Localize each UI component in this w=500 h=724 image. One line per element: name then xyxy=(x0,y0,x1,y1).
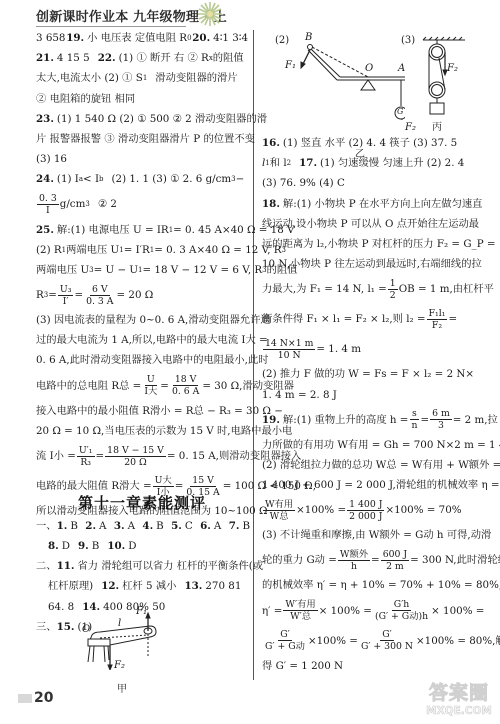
numerator: 14 N×1 m xyxy=(263,338,315,350)
fraction: U₃I′ xyxy=(58,284,74,307)
answer-line: 太大,电流太小 (2) ① S1 滑动变阻器的滑片 xyxy=(36,68,248,88)
numerator: G′ xyxy=(278,629,292,641)
pulley-diagram xyxy=(405,30,480,140)
answer-text: (3) 76. 9% (4) C xyxy=(262,173,345,193)
fraction: 18 V − 15 V20 Ω xyxy=(105,445,166,468)
question-number: 12. xyxy=(101,576,119,597)
numerator: U₃ xyxy=(58,284,74,296)
answer-line: (3) 不计绳重和摩擦,由 W额外 = G动 h 可得,动滑 xyxy=(262,525,472,545)
question-number: 13. xyxy=(184,576,202,597)
header-underline xyxy=(36,26,186,27)
answer-text: 解:(1) 电源电压 U = IR xyxy=(57,220,169,240)
question-number: 24. xyxy=(36,169,54,189)
answer-line: 片 报警器报警 ③ 滑动变阻器滑片 P 的位置不变 xyxy=(36,129,248,149)
answer-text: (2) 滑轮组拉力做的总功 W总 = W有用 + W额外 = xyxy=(262,455,500,475)
fraction: G′h(G′ + G动)h xyxy=(373,599,430,622)
answer-line: R3 = U₃I′= 6 V0. 3 A = 20 Ω xyxy=(36,280,248,310)
numerator: W额外 xyxy=(338,549,370,561)
answer-choice: C xyxy=(185,516,193,537)
numerator: F₁l₁ xyxy=(427,308,448,320)
denominator: F₂ xyxy=(430,320,444,331)
numerator: 600 J xyxy=(381,549,409,561)
answer-text: = 20 Ω xyxy=(117,285,154,305)
section-label: 三、 xyxy=(36,617,57,638)
answer-text: ×100% = 70% xyxy=(385,500,461,520)
answer-line: 线运动,设小物块 P 可以从 O 点开始往左运动最 xyxy=(262,214,472,234)
answer-text: 和 l xyxy=(270,153,287,173)
answer-text: 轮的重力 G动 = xyxy=(262,550,337,570)
question-number: 22. xyxy=(98,48,116,68)
answer-text: = xyxy=(371,550,380,570)
answer-line: 19. 解:(1) 重物上升的高度 h = sn= 6 m3 = 2 m,拉 xyxy=(262,405,472,435)
answer-text: η′ = xyxy=(262,601,282,621)
denominator: I xyxy=(44,205,52,216)
denominator: n xyxy=(409,420,419,431)
answer-text: 小 电压表 定值电阻 R xyxy=(87,28,187,48)
answer-text: (2) R xyxy=(36,240,62,260)
answer-line: 0. 6 A,此时滑动变阻器接入电路中的电阻最小,此时 xyxy=(36,350,248,370)
answer-text: 流 I小 = xyxy=(36,446,76,466)
answer-text: OB = 1 m,由杠杆平 xyxy=(399,279,494,299)
answer-text: ② 电阻箱的旋钮 相同 xyxy=(36,89,135,109)
page-header: 创新课时作业本 九年级物理 · 上 xyxy=(36,6,256,28)
answer-text: − xyxy=(236,169,245,189)
section-two-line: 杠杆原理) 12. 杠杆 5 减小 13. 270 81 xyxy=(36,577,250,597)
numerator: 1 xyxy=(388,278,398,290)
answer-line: 20 Ω = 10 Ω,当电压表的示数为 15 V 时,电路中最小电 xyxy=(36,421,248,441)
answer-text: ×100% = xyxy=(308,631,358,651)
answer-choice: B xyxy=(242,516,250,537)
answer-text: 力最大,为 F₁ = 14 N, l₁ = xyxy=(262,279,387,299)
answer-text: 10 N,小物块 P 往左运动到最远时,右端细线的拉 xyxy=(262,254,482,274)
fraction: U′₁R₃ xyxy=(77,445,95,468)
numerator: U xyxy=(145,374,157,386)
label-f2: F₂ xyxy=(114,660,125,671)
question-number: 8. xyxy=(48,536,59,557)
answer-line: 21. 4 15 5 22. (1) ① 断开 右 ② Rx 的阻值 xyxy=(36,48,248,68)
right-column: 16. (1) 竖直 水平 (2) 4. 4 筷子 (3) 37. 5 l1 和… xyxy=(262,133,472,676)
numerator: W′有用 xyxy=(283,599,317,611)
answer-text: = xyxy=(48,285,57,305)
fraction: W额外h xyxy=(338,549,370,572)
answer-choice: A xyxy=(99,516,106,537)
answer-text: 太大,电流太小 (2) ① S xyxy=(36,68,143,88)
question-number: 23. xyxy=(36,109,54,129)
answer-line: ② 电阻箱的旋钮 相同 xyxy=(36,89,248,109)
label-f2: F₂ xyxy=(447,63,458,74)
question-number: 4. xyxy=(142,516,153,537)
denominator: R₃ xyxy=(78,457,93,468)
question-number: 18. xyxy=(262,194,280,214)
part-label: (2) xyxy=(275,35,289,46)
watermark-url: MXQE.COM xyxy=(418,705,500,717)
fraction: F₁l₁F₂ xyxy=(427,308,448,331)
answer-choice: A xyxy=(128,516,135,537)
section-two-line: 二、 11. 省力 滑轮组可以省力 杠杆的平衡条件(或 xyxy=(36,556,250,576)
numerator: s xyxy=(410,408,419,420)
answer-line: 10 N,小物块 P 往左运动到最远时,右端细线的拉 xyxy=(262,254,472,274)
answer-text: 64. 8 xyxy=(48,597,74,618)
answer-line: 力所做的有用功 W有用 = Gh = 700 N×2 m = 1 400 J xyxy=(262,435,472,455)
answer-text: 两端电压 U xyxy=(36,260,89,280)
answer-text: 过的最大电流为 1 A,所以,电路中的最大电流 I大 = xyxy=(36,330,268,350)
answer-line: (3) 因电流表的量程为 0~0. 6 A,滑动变阻器允许通 xyxy=(36,310,248,330)
answer-line: l1 和 l2 17. (1) 匀速缓慢 匀速上升 (2) 2. 4 xyxy=(262,153,472,173)
denominator: 3 xyxy=(436,420,446,431)
answer-text: = xyxy=(448,309,457,329)
answer-text: 的机械效率 η′ = η + 10% = 70% + 10% = 80%,则 xyxy=(262,575,500,595)
denominator: 0. 3 A xyxy=(84,296,115,307)
answer-text: 3 658 xyxy=(36,28,65,48)
label-f1: F₁ xyxy=(285,60,296,71)
denominator: 2 m xyxy=(384,561,406,572)
answer-text: (3) 16 xyxy=(36,149,67,169)
numerator: U大 xyxy=(153,475,174,487)
answer-line: 1 400 J + 600 J = 2 000 J,滑轮组的机械效率 η = xyxy=(262,475,472,495)
fraction: 14 N×1 m10 N xyxy=(263,338,315,361)
answer-choice: D xyxy=(128,536,136,557)
workbook-page: 创新课时作业本 九年级物理 · 上 3 658 19. 小 电压表 定值电阻 R… xyxy=(0,0,500,724)
section-one-line: 8.D 9.B 10.D xyxy=(36,536,250,556)
numerator: 0. 3 xyxy=(37,193,59,205)
answer-text: = 2 m,拉 xyxy=(453,410,498,430)
fraction: 600 J2 m xyxy=(381,549,409,572)
answer-line: 流 I小 = U′₁R₃= 18 V − 15 V20 Ω = 0. 15 A,… xyxy=(36,441,248,471)
answer-line: 电路中的总电阻 R总 = UI大= 18 V0. 6 A = 30 Ω,滑动变阻… xyxy=(36,371,248,401)
answer-line: (3) 16 xyxy=(36,149,248,169)
answer-line: 23. (1) 1 540 Ω (2) ① 500 ② 2 滑动变阻器的滑 xyxy=(36,109,248,129)
answer-line: 接入电路中的最小阻值 R滑小 = R总 − R₃ = 30 Ω − xyxy=(36,401,248,421)
denominator: (G′ + G动)h xyxy=(373,611,430,622)
answer-text: 0. 6 A,此时滑动变阻器接入电路中的电阻最小,此时 xyxy=(36,350,269,370)
question-number: 6. xyxy=(200,516,211,537)
answer-text: g/cm xyxy=(60,194,86,214)
numerator: 18 V xyxy=(173,374,199,386)
question-number: 3. xyxy=(114,516,125,537)
watermark-title: 答案圈 xyxy=(418,678,500,705)
question-number: 10. xyxy=(107,536,125,557)
lever-diagram xyxy=(80,610,170,670)
answer-text: 4∶1 3∶4 xyxy=(213,28,248,48)
answer-line: (2) 推力 F 做的功 W = Fs = F × l₂ = 2 N× xyxy=(262,364,472,384)
numerator: 18 V − 15 V xyxy=(105,445,166,457)
answer-text: (2) 推力 F 做的功 W = Fs = F × l₂ = 2 N× xyxy=(262,364,474,384)
label-g: G xyxy=(397,107,403,116)
answer-text: 滑动变阻器的滑片 xyxy=(155,68,237,88)
answer-text: 省力 滑轮组可以省力 杠杆的平衡条件(或 xyxy=(78,556,264,577)
answer-line: 3 658 19. 小 电压表 定值电阻 R0 20. 4∶1 3∶4 xyxy=(36,28,248,48)
numerator: 1 400 J xyxy=(347,499,384,511)
answer-text: 接入电路中的最小阻值 R滑小 = R总 − R₃ = 30 Ω − xyxy=(36,401,283,421)
answer-text: × 100% = xyxy=(319,601,372,621)
question-number: 19. xyxy=(262,410,280,430)
answer-line: 18. 解:(1) 小物块 P 在水平方向上向左做匀速直 xyxy=(262,194,472,214)
denominator: 2 xyxy=(388,290,398,301)
denominator: I′ xyxy=(61,296,71,307)
answer-text: ×100% = xyxy=(296,500,346,520)
figure-yi-lever: (2) B F₁ O A G F₂ 乙 xyxy=(265,30,405,130)
label-b: B xyxy=(305,32,312,43)
answer-line: 16. (1) 竖直 水平 (2) 4. 4 筷子 (3) 37. 5 xyxy=(262,133,472,153)
answer-text: 解:(1) 小物块 P 在水平方向上向左做匀速直 xyxy=(283,194,483,214)
fraction: 6 V0. 3 A xyxy=(84,284,115,307)
fraction: W有用W总 xyxy=(263,499,295,522)
answer-text: = 1. 4 m xyxy=(316,339,361,359)
answer-line: 得 G′ = 1 200 N xyxy=(262,656,472,676)
section-label: 二、 xyxy=(36,556,57,577)
numerator: W有用 xyxy=(263,499,295,511)
question-number: 20. xyxy=(192,28,210,48)
figure-caption: 甲 xyxy=(117,680,127,695)
answer-text: 两端电压 U xyxy=(66,240,119,260)
page-number: 20 xyxy=(18,690,53,706)
fraction: UI大 xyxy=(142,374,159,397)
answer-line: (2) R1 两端电压 U1 = I′R1 = 0. 3 A×40 Ω = 12… xyxy=(36,240,248,260)
fraction: W′有用W′总 xyxy=(283,599,317,622)
answer-text: = 18 V − 12 V = 6 V, R xyxy=(143,260,263,280)
answer-choice: D xyxy=(62,536,70,557)
answer-text: = 300 N,此时滑轮组 xyxy=(410,550,500,570)
answer-text: ×100% = 80%,解 xyxy=(416,631,500,651)
denominator: 10 N xyxy=(276,350,303,361)
answer-line: (2) 滑轮组拉力做的总功 W总 = W有用 + W额外 = xyxy=(262,455,472,475)
denominator: 20 Ω xyxy=(122,457,149,468)
answer-text: × 100% = xyxy=(431,601,484,621)
figure-jia-lever: O l F₁ F₂ 甲 xyxy=(80,610,170,685)
answer-text: = I′R xyxy=(124,240,150,260)
fraction: G′G′ + G动 xyxy=(263,629,307,652)
denominator: G′ + 300 N xyxy=(359,641,415,652)
answer-line: 远的距离为 l₂,小物块 P 对杠杆的压力 F₂ = G_P = xyxy=(262,234,472,254)
section-one-line: 一、 1.B 2.A 3.A 4.B 5.C 6.A 7.B xyxy=(36,516,250,536)
answer-line: 力最大,为 F₁ = 14 N, l₁ = 12 OB = 1 m,由杠杆平 xyxy=(262,274,472,304)
denominator: G′ + G动 xyxy=(263,641,307,652)
question-number: 9. xyxy=(78,536,89,557)
answer-text: ② 2 xyxy=(98,194,117,214)
label-l: l xyxy=(118,618,121,629)
left-column: 3 658 19. 小 电压表 定值电阻 R0 20. 4∶1 3∶4 21. … xyxy=(36,28,248,521)
question-number: 19. xyxy=(66,28,84,48)
fraction: G′G′ + 300 N xyxy=(359,629,415,652)
answer-line: 过的最大电流为 1 A,所以,电路中的最大电流 I大 = xyxy=(36,330,248,350)
answer-text: 解:(1) 重物上升的高度 h = xyxy=(283,410,409,430)
answer-choice: A xyxy=(214,516,221,537)
fraction: sn xyxy=(409,408,419,431)
denominator: W′总 xyxy=(288,611,313,622)
answer-text: 270 81 xyxy=(205,576,241,597)
figure-bing-pulley: (3) F₂ 丙 xyxy=(405,30,480,130)
question-number: 16. xyxy=(262,133,280,153)
answer-text: 杠杆 5 减小 xyxy=(122,576,176,597)
answer-text: R xyxy=(36,285,44,305)
numerator: 6 V xyxy=(90,284,110,296)
question-number: 17. xyxy=(299,153,317,173)
answer-text: 衡条件得 F₁ × l₁ = F₂ × l₂,则 l₂ = xyxy=(262,309,426,329)
fraction: 1 400 J2 000 J xyxy=(347,499,384,522)
label-o: O xyxy=(365,63,373,74)
star-burst-icon xyxy=(196,0,224,28)
answer-text: < I xyxy=(83,169,99,189)
answer-line: G′G′ + G动 ×100% = G′G′ + 300 N ×100% = 8… xyxy=(262,626,472,656)
answer-text: (1) 1 540 Ω (2) ① 500 ② 2 滑动变阻器的滑 xyxy=(57,109,267,129)
numerator: 15 V xyxy=(190,475,216,487)
answer-line: (3) 76. 9% (4) C xyxy=(262,173,472,193)
question-number: 1. xyxy=(57,516,68,537)
question-number: 21. xyxy=(36,48,54,68)
figure-caption: 丙 xyxy=(432,118,442,133)
question-number: 5. xyxy=(171,516,182,537)
numerator: U′₁ xyxy=(77,445,95,457)
answer-text: 杠杆原理) xyxy=(48,576,93,597)
answer-text: 20 Ω = 10 Ω,当电压表的示数为 15 V 时,电路中最小电 xyxy=(36,421,292,441)
denominator: I大 xyxy=(142,386,159,397)
answer-text: (1) ① 断开 右 ② R xyxy=(119,48,209,68)
answer-text: (1) 匀速缓慢 匀速上升 (2) 2. 4 xyxy=(320,153,464,173)
answer-text: = U − U xyxy=(94,260,138,280)
answer-text: 4 15 5 xyxy=(57,48,90,68)
answer-text: (1) 竖直 水平 (2) 4. 4 筷子 (3) 37. 5 xyxy=(283,133,457,153)
numerator: 6 m xyxy=(430,408,452,420)
answer-text: (1) I xyxy=(57,169,79,189)
answer-text: 1 400 J + 600 J = 2 000 J,滑轮组的机械效率 η = xyxy=(262,475,500,495)
question-number: 11. xyxy=(57,556,75,577)
fraction: 6 m3 xyxy=(430,408,452,431)
answer-text: 力所做的有用功 W有用 = Gh = 700 N×2 m = 1 400 J xyxy=(262,435,500,455)
fraction: 0. 3 I xyxy=(37,193,59,216)
fraction: 18 V0. 6 A xyxy=(170,374,201,397)
answer-line: 14 N×1 m10 N = 1. 4 m xyxy=(262,334,472,364)
label-o: O xyxy=(82,624,90,635)
answer-choice: B xyxy=(70,516,78,537)
page-number-text: 20 xyxy=(34,690,53,706)
answer-text: 的阻值 xyxy=(213,48,244,68)
answer-line: W有用W总 ×100% = 1 400 J2 000 J ×100% = 70% xyxy=(262,495,472,525)
section-label: 一、 xyxy=(36,516,57,537)
answer-text: (3) 因电流表的量程为 0~0. 6 A,滑动变阻器允许通 xyxy=(36,310,271,330)
answer-text: 1. 4 m = 2. 8 J xyxy=(262,385,337,405)
chapter-title: 第十一章素能测评 xyxy=(36,492,248,513)
question-number: 7. xyxy=(229,516,240,537)
answer-text: 远的距离为 l₂,小物块 P 对杠杆的压力 F₂ = G_P = xyxy=(262,234,496,254)
label-f1: F₁ xyxy=(136,606,147,617)
denominator: 2 000 J xyxy=(347,511,384,522)
answer-line: 24. (1) Ia < Ib (2) 1. 1 (3) ① 2. 6 g/cm… xyxy=(36,169,248,189)
page-tab-marker xyxy=(18,694,32,703)
answer-line: η′ = W′有用W′总 × 100% = G′h(G′ + G动)h × 10… xyxy=(262,596,472,626)
numerator: G′ xyxy=(380,629,394,641)
answer-text: 得 G′ = 1 200 N xyxy=(262,656,343,676)
question-number: 25. xyxy=(36,220,54,240)
answer-line: 25. 解:(1) 电源电压 U = IR1 = 0. 45 A×40 Ω = … xyxy=(36,220,248,240)
answer-line: 两端电压 U3 = U − U1 = 18 V − 12 V = 6 V, R3… xyxy=(36,260,248,280)
watermark: 答案圈 MXQE.COM xyxy=(418,678,500,724)
denominator: h xyxy=(349,561,359,572)
answer-line: 0. 3 I g/cm3 ② 2 xyxy=(36,190,248,220)
answer-text: 电路中的总电阻 R总 = xyxy=(36,376,141,396)
answer-line: 衡条件得 F₁ × l₁ = F₂ × l₂,则 l₂ = F₁l₁F₂ = xyxy=(262,304,472,334)
numerator: G′h xyxy=(392,599,412,611)
answer-text: 片 报警器报警 ③ 滑动变阻器滑片 P 的位置不变 xyxy=(36,129,255,149)
answer-text: 线运动,设小物块 P 可以从 O 点开始往左运动最 xyxy=(262,214,479,234)
question-number: 2. xyxy=(85,516,96,537)
answer-line: 1. 4 m = 2. 8 J xyxy=(262,385,472,405)
part-label: (3) xyxy=(401,35,415,46)
answer-text: (2) 1. 1 (3) ① 2. 6 g/cm xyxy=(112,169,232,189)
answer-text: (3) 不计绳重和摩擦,由 W额外 = G动 h 可得,动滑 xyxy=(262,525,491,545)
answer-choice: B xyxy=(92,536,100,557)
answer-choice: B xyxy=(156,516,164,537)
answer-line: 的机械效率 η′ = η + 10% = 70% + 10% = 80%,则 xyxy=(262,575,472,595)
question-number: 15. xyxy=(57,617,75,638)
fraction: 12 xyxy=(388,278,398,301)
denominator: W总 xyxy=(268,511,291,522)
answer-line: 轮的重力 G动 = W额外h = 600 J2 m = 300 N,此时滑轮组 xyxy=(262,545,472,575)
denominator: 0. 6 A xyxy=(170,386,201,397)
